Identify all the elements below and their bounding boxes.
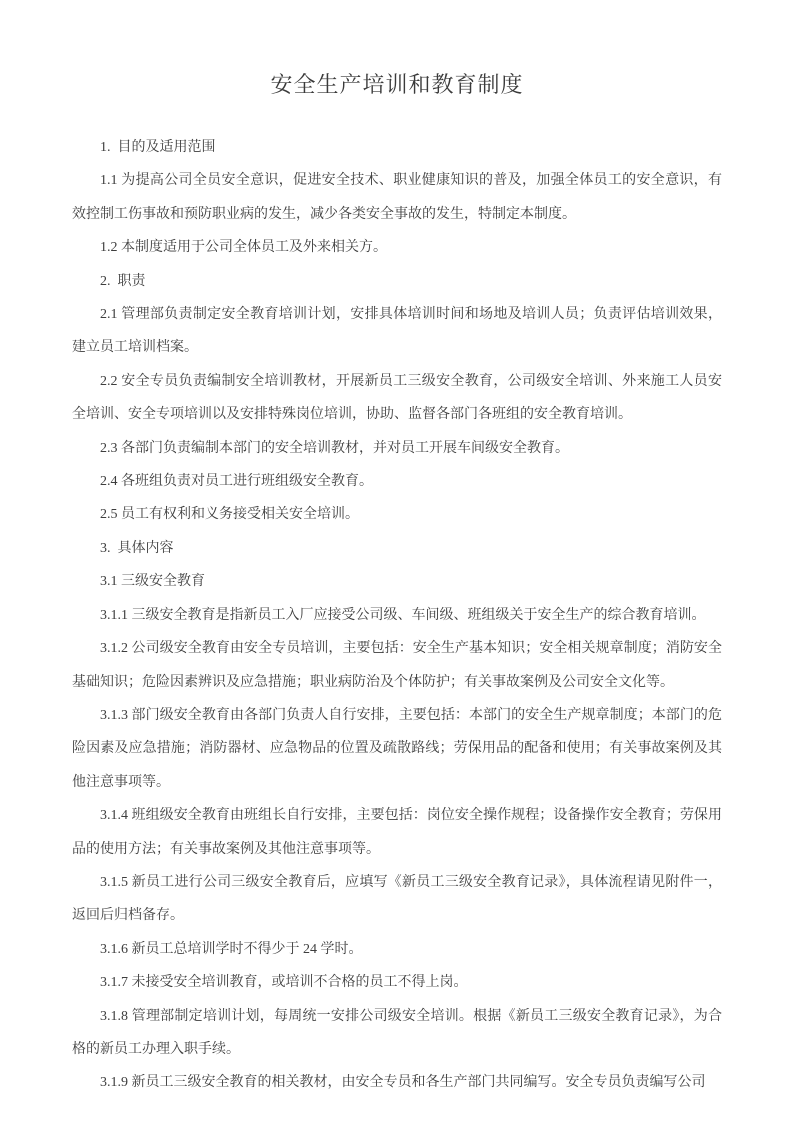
section-heading-3: 3. 具体内容 bbox=[72, 532, 722, 565]
paragraph-3-1-7: 3.1.7 未接受安全培训教育，或培训不合格的员工不得上岗。 bbox=[72, 966, 722, 999]
paragraph-3-1-9: 3.1.9 新员工三级安全教育的相关教材，由安全专员和各生产部门共同编写。安全专… bbox=[72, 1066, 722, 1099]
paragraph-2-2: 2.2 安全专员负责编制安全培训教材，开展新员工三级安全教育，公司级安全培训、外… bbox=[72, 365, 722, 432]
document-title: 安全生产培训和教育制度 bbox=[0, 0, 794, 100]
paragraph-3-1-2: 3.1.2 公司级安全教育由安全专员培训，主要包括：安全生产基本知识；安全相关规… bbox=[72, 632, 722, 699]
paragraph-2-1: 2.1 管理部负责制定安全教育培训计划，安排具体培训时间和场地及培训人员；负责评… bbox=[72, 298, 722, 365]
paragraph-2-4: 2.4 各班组负责对员工进行班组级安全教育。 bbox=[72, 465, 722, 498]
paragraph-2-3: 2.3 各部门负责编制本部门的安全培训教材，并对员工开展车间级安全教育。 bbox=[72, 432, 722, 465]
paragraph-3-1-4: 3.1.4 班组级安全教育由班组长自行安排，主要包括：岗位安全操作规程；设备操作… bbox=[72, 799, 722, 866]
document-body: 1. 目的及适用范围 1.1 为提高公司全员安全意识，促进安全技术、职业健康知识… bbox=[72, 131, 722, 1100]
paragraph-3-1-6: 3.1.6 新员工总培训学时不得少于 24 学时。 bbox=[72, 933, 722, 966]
paragraph-3-1-8: 3.1.8 管理部制定培训计划，每周统一安排公司级安全培训。根据《新员工三级安全… bbox=[72, 1000, 722, 1067]
paragraph-3-1-1: 3.1.1 三级安全教育是指新员工入厂应接受公司级、车间级、班组级关于安全生产的… bbox=[72, 599, 722, 632]
paragraph-1-2: 1.2 本制度适用于公司全体员工及外来相关方。 bbox=[72, 231, 722, 264]
paragraph-2-5: 2.5 员工有权利和义务接受相关安全培训。 bbox=[72, 498, 722, 531]
paragraph-1-1: 1.1 为提高公司全员安全意识，促进安全技术、职业健康知识的普及，加强全体员工的… bbox=[72, 164, 722, 231]
paragraph-3-1-3: 3.1.3 部门级安全教育由各部门负责人自行安排，主要包括：本部门的安全生产规章… bbox=[72, 699, 722, 799]
section-heading-1: 1. 目的及适用范围 bbox=[72, 131, 722, 164]
document-page: 安全生产培训和教育制度 1. 目的及适用范围 1.1 为提高公司全员安全意识，促… bbox=[0, 0, 794, 1123]
section-heading-2: 2. 职责 bbox=[72, 265, 722, 298]
paragraph-3-1-5: 3.1.5 新员工进行公司三级安全教育后，应填写《新员工三级安全教育记录》，具体… bbox=[72, 866, 722, 933]
sub-heading-3-1: 3.1 三级安全教育 bbox=[72, 565, 722, 598]
